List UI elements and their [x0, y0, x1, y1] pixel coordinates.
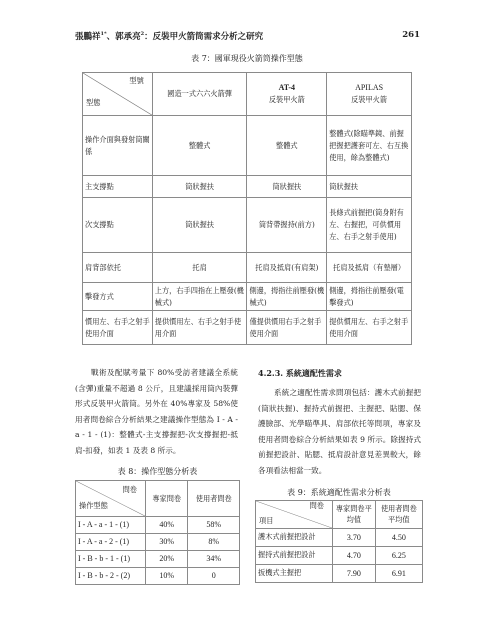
row-label: I - B - b - 1 - (1) — [76, 551, 146, 568]
row-label: I - B - b - 2 - (2) — [76, 568, 146, 585]
corner-bottom: 操作型態 — [79, 499, 108, 513]
table-row: I - B - b - 2 - (2)10%0 — [76, 568, 240, 585]
cell: 提供慣用左、右手之射手使用介面 — [152, 311, 247, 345]
cell: 整體式 — [247, 116, 327, 176]
section-heading: 4.2.3. 系統適配性需求 — [258, 368, 342, 379]
cell: 長條式前握把(筒身附有左、右握把，可供慣用左、右手之射手使用) — [327, 198, 412, 253]
table-row: I - A - a - 2 - (1)30%8% — [76, 534, 240, 551]
table8-corner: 問卷 操作型態 — [76, 481, 146, 517]
cell: 58% — [188, 517, 240, 534]
author-2: 、郭承亮 — [107, 32, 141, 42]
cell: 托肩及抵肩（有墊層） — [327, 253, 412, 283]
table9-caption: 表 9：系統適配性需求分析表 — [255, 487, 423, 498]
cell: 筒背帶握持(前方) — [247, 198, 327, 253]
table-row: 慣用左、右手之射手使用介面 提供慣用左、右手之射手使用介面 僅提供慣用右手之射手… — [83, 311, 412, 345]
cell: 整體式(除瞄準鏡、前握把握把護套可左、右互換使用，餘為整體式) — [327, 116, 412, 176]
cell: 提供慣用左、右手之射手使用介面 — [327, 311, 412, 345]
cell: 6.25 — [375, 547, 422, 565]
col-header-3: APILAS反裝甲火箭 — [327, 73, 412, 116]
cell: 0 — [188, 568, 240, 585]
page-header: 張鵬祥1*、郭承亮2：反裝甲火箭筒需求分析之研究 261 — [75, 30, 420, 44]
cell: 6.91 — [375, 565, 422, 583]
table9: 問卷 項目 專家問卷平均值 使用者問卷平均值 護木式前握把設計3.704.50 … — [255, 500, 423, 583]
row-label: 護木式前握把設計 — [256, 529, 333, 547]
author-1: 張鵬祥 — [75, 32, 101, 42]
table-row: I - A - a - 1 - (1)40%58% — [76, 517, 240, 534]
cell: 7.90 — [333, 565, 376, 583]
corner-bottom: 項目 — [259, 516, 273, 527]
row-label: I - A - a - 2 - (1) — [76, 534, 146, 551]
cell: 8% — [188, 534, 240, 551]
right-paragraph: 系統之適配性需求問項包括：護木式前握把(筒狀扶握)、握持式前握把、主握把、貼腮、… — [258, 385, 421, 478]
row-label: I - A - a - 1 - (1) — [76, 517, 146, 534]
cell: 4.50 — [375, 529, 422, 547]
col-name: APILAS — [329, 82, 409, 94]
table-row: 操作介面與發射筒關係 整體式 整體式 整體式(除瞄準鏡、前握把握把護套可左、右互… — [83, 116, 412, 176]
col-header: 使用者問卷平均值 — [375, 501, 422, 529]
cell: 筒狀握扶 — [152, 198, 247, 253]
cell: 筒狀握扶 — [152, 176, 247, 198]
row-label: 扳機式主握把 — [256, 565, 333, 583]
cell: 筒狀握扶 — [327, 176, 412, 198]
row-label: 擊發方式 — [83, 283, 153, 311]
page-number: 261 — [402, 30, 420, 40]
col-header-1: 國造一式六六火箭彈 — [152, 73, 247, 116]
cell: 10% — [146, 568, 188, 585]
table8: 問卷 操作型態 專家問卷 使用者問卷 I - A - a - 1 - (1)40… — [75, 480, 240, 585]
cell: 側邊，拇指往前壓發(電擊發式) — [327, 283, 412, 311]
table8-caption: 表 8：操作型態分析表 — [75, 466, 240, 477]
left-paragraph: 戰術及配賦考量下 80%受訪者建議全系統(含彈)重量不超過 8 公斤，且建議採用… — [75, 365, 238, 458]
table-row: 護木式前握把設計3.704.50 — [256, 529, 423, 547]
cell: 托肩 — [152, 253, 247, 283]
cell: 上方，右手四指在上壓發(機械式) — [152, 283, 247, 311]
cell: 托肩及抵肩(有肩架) — [247, 253, 327, 283]
table-row: I - B - b - 1 - (1)20%34% — [76, 551, 240, 568]
paper-title: ：反裝甲火箭筒需求分析之研究 — [144, 32, 263, 42]
col-header: 專家問卷 — [146, 481, 188, 517]
cell: 34% — [188, 551, 240, 568]
table-row: 主支撐點 筒狀握扶 筒狀握扶 筒狀握扶 — [83, 176, 412, 198]
table7: 型號 型態 國造一式六六火箭彈 AT-4反裝甲火箭 APILAS反裝甲火箭 操作… — [82, 72, 412, 345]
table7-caption: 表 7：國軍現役火箭筒操作型態 — [82, 53, 412, 64]
col-name: 國造一式六六火箭彈 — [167, 89, 232, 98]
cell: 4.70 — [333, 547, 376, 565]
cell: 側邊，拇指往前壓發(機械式) — [247, 283, 327, 311]
corner-bottom: 型態 — [86, 97, 100, 109]
row-label: 操作介面與發射筒關係 — [83, 116, 153, 176]
table-row: 扳機式主握把7.906.91 — [256, 565, 423, 583]
col-name: AT-4 — [249, 82, 324, 94]
row-label: 次支撐點 — [83, 198, 153, 253]
section-number: 4.2.3. — [258, 368, 283, 378]
cell: 筒狀握扶 — [247, 176, 327, 198]
corner-top: 問卷 — [310, 501, 324, 512]
cell: 20% — [146, 551, 188, 568]
table-row: 次支撐點 筒狀握扶 筒背帶握持(前方) 長條式前握把(筒身附有左、右握把，可供慣… — [83, 198, 412, 253]
cell: 整體式 — [152, 116, 247, 176]
table7-corner: 型號 型態 — [83, 73, 153, 116]
row-label: 肩背部依托 — [83, 253, 153, 283]
cell: 30% — [146, 534, 188, 551]
cell: 40% — [146, 517, 188, 534]
table-row: 擊發方式 上方，右手四指在上壓發(機械式) 側邊，拇指往前壓發(機械式) 側邊，… — [83, 283, 412, 311]
corner-top: 型號 — [129, 75, 143, 87]
table-row: 握持式前握把設計4.706.25 — [256, 547, 423, 565]
cell: 3.70 — [333, 529, 376, 547]
section-title: 系統適配性需求 — [286, 368, 342, 378]
table9-corner: 問卷 項目 — [256, 501, 333, 529]
cell: 僅提供慣用右手之射手使用介面 — [247, 311, 327, 345]
col-sub: 反裝甲火箭 — [329, 94, 409, 106]
col-header: 使用者問卷 — [188, 481, 240, 517]
corner-top: 問卷 — [123, 483, 137, 497]
row-label: 握持式前握把設計 — [256, 547, 333, 565]
row-label: 主支撐點 — [83, 176, 153, 198]
running-title: 張鵬祥1*、郭承亮2：反裝甲火箭筒需求分析之研究 — [75, 30, 263, 42]
col-header: 專家問卷平均值 — [333, 501, 376, 529]
col-sub: 反裝甲火箭 — [249, 94, 324, 106]
col-header-2: AT-4反裝甲火箭 — [247, 73, 327, 116]
row-label: 慣用左、右手之射手使用介面 — [83, 311, 153, 345]
table-row: 肩背部依托 托肩 托肩及抵肩(有肩架) 托肩及抵肩（有墊層） — [83, 253, 412, 283]
